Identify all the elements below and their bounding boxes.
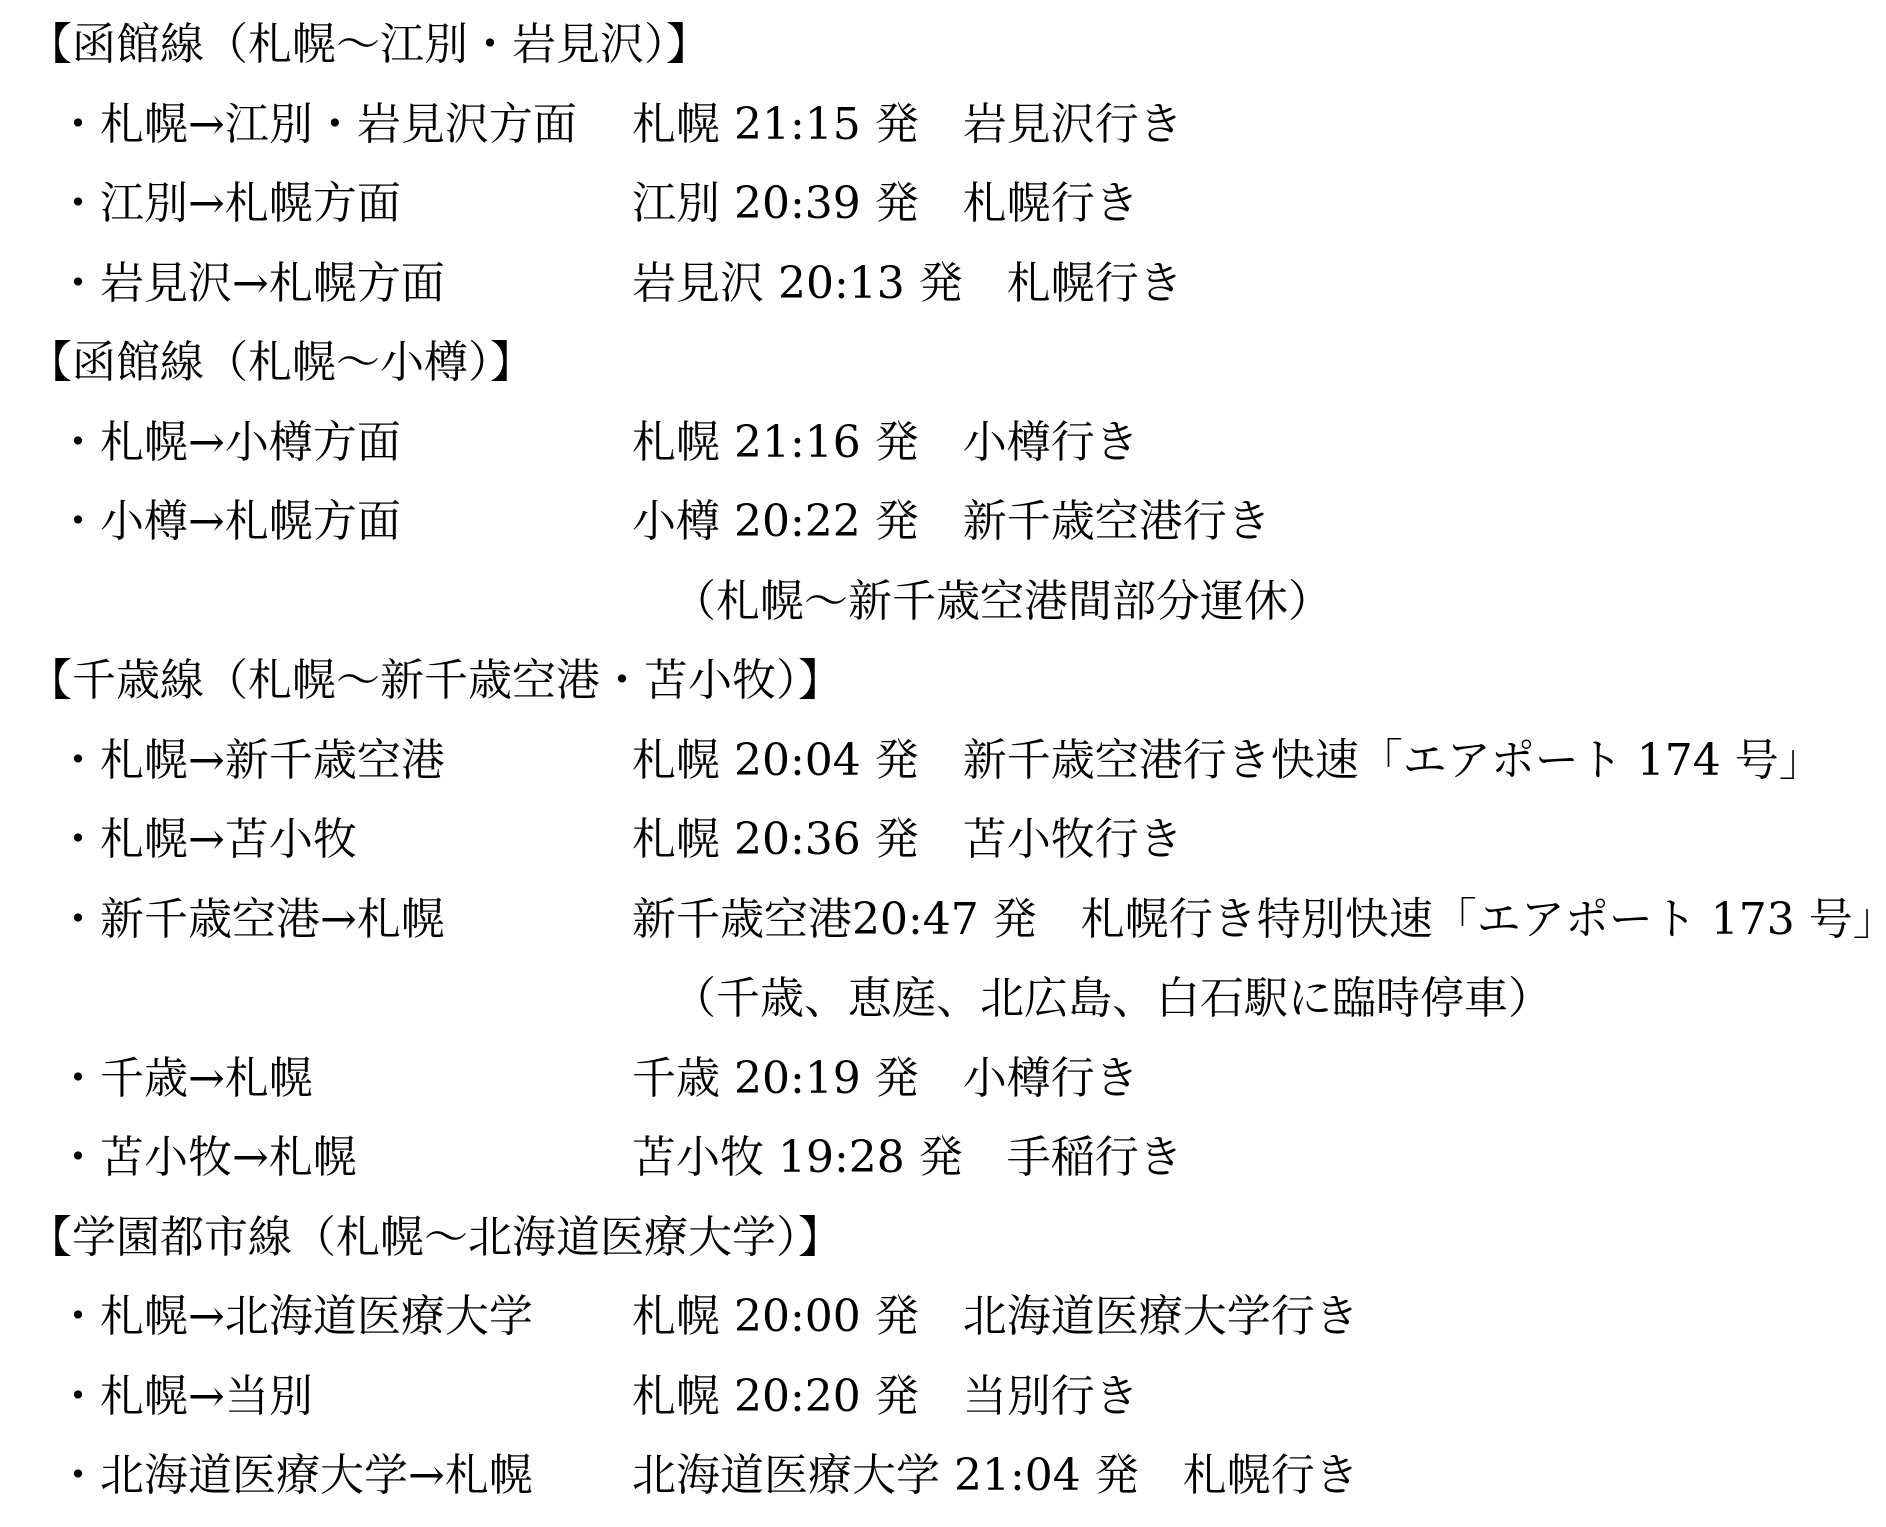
bullet-icon: ・: [56, 880, 100, 960]
departure-info: 札幌 20:04 発 新千歳空港行き快速「エアポート 174 号」: [632, 721, 1823, 801]
route-label: 小樽→札幌方面: [100, 482, 401, 562]
bullet-icon: ・: [56, 85, 100, 165]
departure-info: 札幌 20:20 発 当別行き: [632, 1357, 1139, 1437]
bullet-icon: ・: [56, 1039, 100, 1119]
section-heading-hakodate-otaru: 【函館線（札幌～小樽）】: [28, 323, 534, 403]
route-label: 岩見沢→札幌方面: [100, 244, 445, 324]
bullet-icon: ・: [56, 1118, 100, 1198]
route-label: 札幌→江別・岩見沢方面: [100, 85, 577, 165]
route-label: 北海道医療大学→札幌: [100, 1436, 533, 1516]
route-label: 江別→札幌方面: [100, 164, 401, 244]
route-label: 札幌→新千歳空港: [100, 721, 445, 801]
departure-info: 札幌 20:00 発 北海道医療大学行き: [632, 1277, 1359, 1357]
bullet-icon: ・: [56, 1277, 100, 1357]
route-label: 新千歳空港→札幌: [100, 880, 445, 960]
bullet-icon: ・: [56, 1357, 100, 1437]
bullet-icon: ・: [56, 800, 100, 880]
departure-info: 新千歳空港20:47 発 札幌行き特別快速「エアポート 173 号」: [632, 880, 1886, 960]
bullet-icon: ・: [56, 164, 100, 244]
departure-info: 岩見沢 20:13 発 札幌行き: [632, 244, 1183, 324]
section-heading-hakodate-iwamizawa: 【函館線（札幌～江別・岩見沢）】: [28, 5, 710, 85]
service-note: （千歳、恵庭、北広島、白石駅に臨時停車）: [672, 959, 1552, 1039]
bullet-icon: ・: [56, 244, 100, 324]
bullet-icon: ・: [56, 482, 100, 562]
departure-info: 札幌 20:36 発 苫小牧行き: [632, 800, 1183, 880]
route-label: 札幌→北海道医療大学: [100, 1277, 533, 1357]
route-label: 札幌→苫小牧: [100, 800, 357, 880]
section-heading-chitose: 【千歳線（札幌～新千歳空港・苫小牧）】: [28, 641, 842, 721]
departure-info: 千歳 20:19 発 小樽行き: [632, 1039, 1139, 1119]
route-label: 千歳→札幌: [100, 1039, 313, 1119]
departure-info: 江別 20:39 発 札幌行き: [632, 164, 1139, 244]
bullet-icon: ・: [56, 721, 100, 801]
bullet-icon: ・: [56, 1436, 100, 1516]
route-label: 札幌→小樽方面: [100, 403, 401, 483]
section-heading-gakuentoshi: 【学園都市線（札幌～北海道医療大学）】: [28, 1198, 842, 1278]
route-label: 札幌→当別: [100, 1357, 313, 1437]
departure-info: 北海道医療大学 21:04 発 札幌行き: [632, 1436, 1359, 1516]
departure-info: 札幌 21:16 発 小樽行き: [632, 403, 1139, 483]
departure-info: 札幌 21:15 発 岩見沢行き: [632, 85, 1183, 165]
departure-info: 小樽 20:22 発 新千歳空港行き: [632, 482, 1271, 562]
departure-info: 苫小牧 19:28 発 手稲行き: [632, 1118, 1183, 1198]
service-note: （札幌～新千歳空港間部分運休）: [672, 562, 1332, 642]
route-label: 苫小牧→札幌: [100, 1118, 357, 1198]
bullet-icon: ・: [56, 403, 100, 483]
